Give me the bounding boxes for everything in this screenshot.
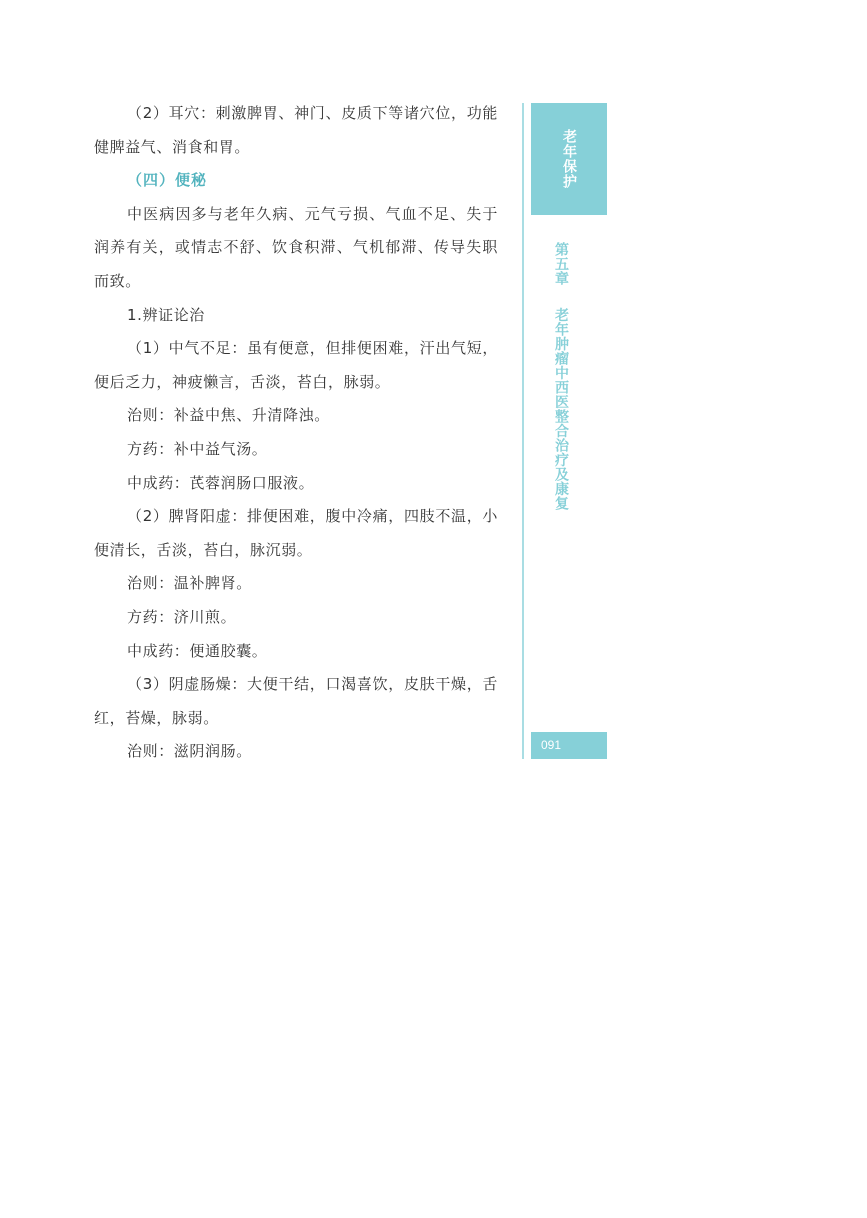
book-page: （2）耳穴：刺激脾胃、神门、皮质下等诸穴位，功能健脾益气、消食和胃。 （四）便秘… <box>0 0 867 1218</box>
body-text: （2）耳穴：刺激脾胃、神门、皮质下等诸穴位，功能健脾益气、消食和胃。 （四）便秘… <box>94 97 498 769</box>
chapter-number: 第五章 <box>553 242 569 286</box>
paragraph-treatment-3: 治则：滋阴润肠。 <box>94 735 498 769</box>
paragraph-qi-deficiency: （1）中气不足：虽有便意，但排便困难，汗出气短，便后乏力，神疲懒言，舌淡，苔白，… <box>94 332 498 399</box>
section-heading-constipation: （四）便秘 <box>94 164 498 198</box>
paragraph-yang-deficiency: （2）脾肾阳虚：排便困难，腹中冷痛，四肢不温，小便清长，舌淡，苔白，脉沉弱。 <box>94 500 498 567</box>
section-tab: 老年保护 <box>531 103 607 215</box>
paragraph-prescription-2: 方药：济川煎。 <box>94 601 498 635</box>
subheading-differentiation: 1.辨证论治 <box>94 299 498 333</box>
paragraph-patent-medicine-1: 中成药：芪蓉润肠口服液。 <box>94 467 498 501</box>
paragraph-treatment-1: 治则：补益中焦、升清降浊。 <box>94 399 498 433</box>
chapter-running-title: 第五章老年肿瘤中西医整合治疗及康复 <box>553 242 569 511</box>
paragraph-patent-medicine-2: 中成药：便通胶囊。 <box>94 635 498 669</box>
paragraph-yin-deficiency: （3）阴虚肠燥：大便干结，口渴喜饮，皮肤干燥，舌红，苔燥，脉弱。 <box>94 668 498 735</box>
page-number: 091 <box>531 732 607 759</box>
section-tab-label: 老年保护 <box>562 129 576 189</box>
paragraph-ear-acupoints: （2）耳穴：刺激脾胃、神门、皮质下等诸穴位，功能健脾益气、消食和胃。 <box>94 97 498 164</box>
paragraph-treatment-2: 治则：温补脾肾。 <box>94 567 498 601</box>
paragraph-etiology: 中医病因多与老年久病、元气亏损、气血不足、失于润养有关，或情志不舒、饮食积滞、气… <box>94 198 498 299</box>
paragraph-prescription-1: 方药：补中益气汤。 <box>94 433 498 467</box>
chapter-title: 老年肿瘤中西医整合治疗及康复 <box>553 308 569 511</box>
sidebar-divider-line <box>522 103 524 759</box>
